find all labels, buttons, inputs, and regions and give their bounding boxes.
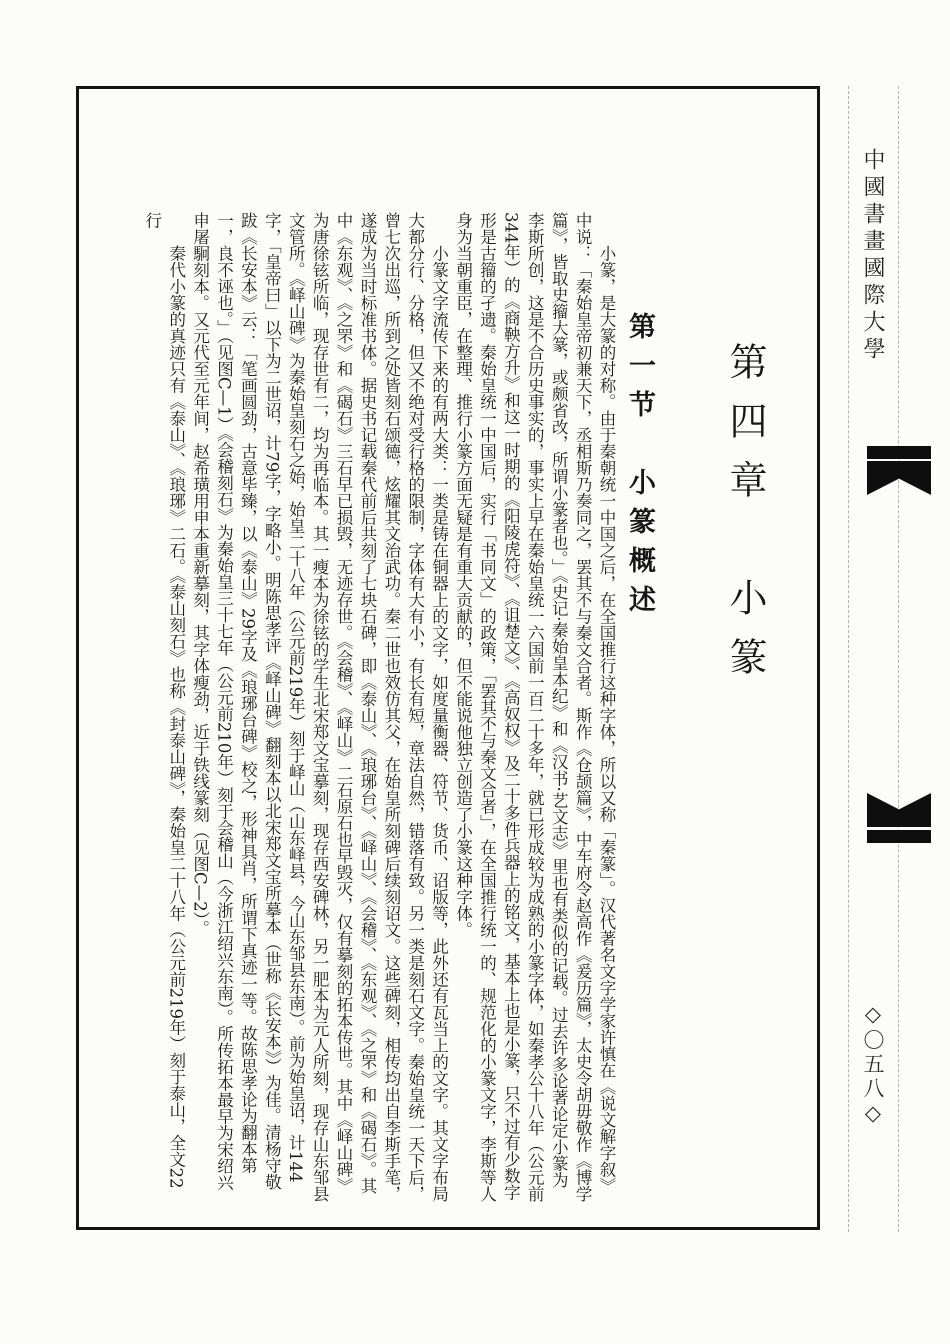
series-banner: 篆书浅鉴 [867, 446, 931, 843]
margin-rule-left [848, 86, 849, 1232]
section-title: 第一节 小篆概述 [626, 312, 653, 624]
paragraph-2: 小篆文字流传下来的有两大类：一类是铸在铜器上的文字，如度量衡器、符节、货币、诏版… [188, 212, 451, 1204]
banner-bottom-bar [867, 830, 931, 843]
ribbon-bottom-icon [867, 793, 931, 827]
body-text: 小篆，是大篆的对称。由于秦朝统一中国之后，在全国推行这种字体，所以又称「秦篆」。… [160, 212, 618, 1204]
university-name: 中國書畫國際大學 [861, 148, 883, 364]
ribbon-top-icon [867, 461, 931, 495]
banner-title: 篆书浅鉴 [885, 536, 913, 784]
book-page: 第四章 小篆 第一节 小篆概述 小篆，是大篆的对称。由于秦朝统一中国之后，在全国… [0, 0, 950, 1344]
page-number: ◇〇五八◇ [862, 1002, 883, 1128]
paragraph-1: 小篆，是大篆的对称。由于秦朝统一中国之后，在全国推行这种字体，所以又称「秦篆」。… [451, 212, 618, 1204]
paragraph-3: 秦代小篆的真迹只有《泰山》、《琅琊》二石。《泰山刻石》也称《封泰山碑》，秦始皇二… [140, 212, 188, 1204]
banner-label-box: 篆书浅鉴 [869, 492, 929, 796]
hexagon-label-icon [869, 492, 929, 796]
chapter-title: 第四章 小篆 [726, 342, 764, 696]
banner-top-bar [867, 446, 931, 459]
